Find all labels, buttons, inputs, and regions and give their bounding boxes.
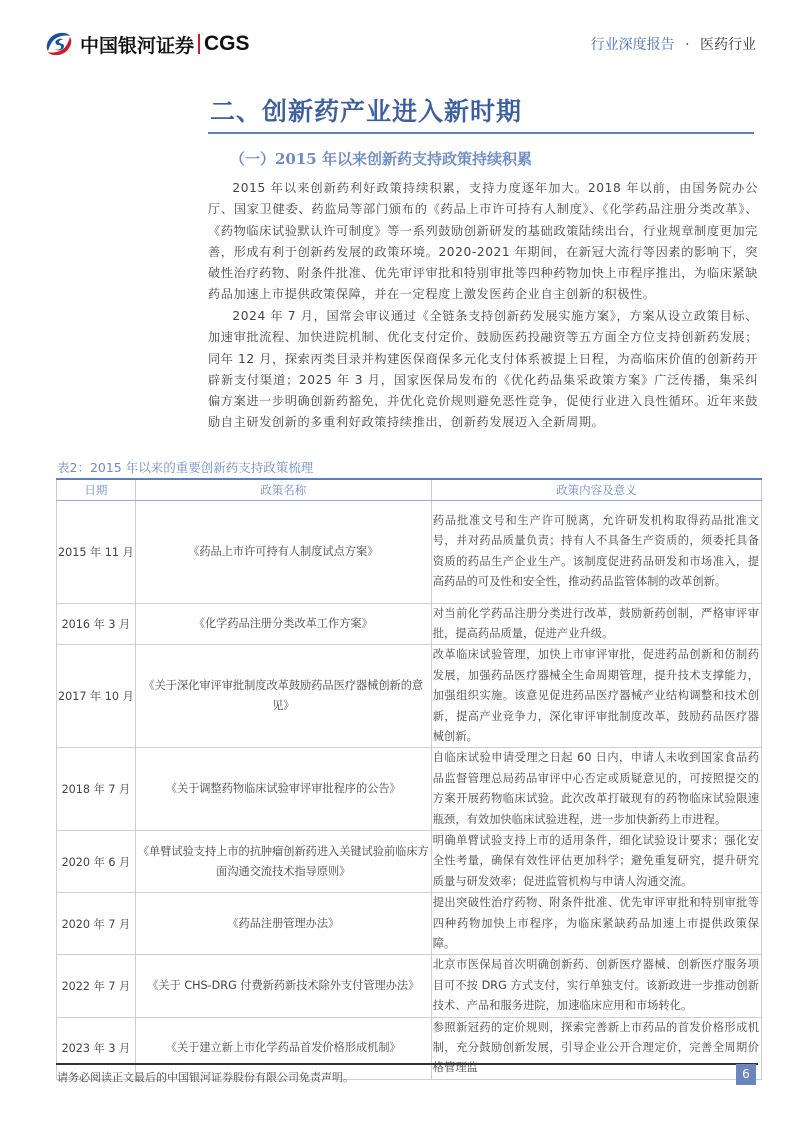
cell-date: 2016 年 3 月 [57, 603, 136, 645]
table-row: 2020 年 6 月 《单臂试验支持上市的抗肿瘤创新药进入关键试验前临床方面沟通… [57, 830, 762, 892]
table-caption: 表2：2015 年以来的重要创新药支持政策梳理 [57, 458, 313, 476]
header-separator: · [685, 37, 689, 53]
cell-policy-content: 对当前化学药品注册分类进行改革，鼓励新药创制，严格审评审批，提高药品质量，促进产… [431, 603, 761, 645]
cell-policy-name: 《单臂试验支持上市的抗肿瘤创新药进入关键试验前临床方面沟通交流技术指导原则》 [135, 830, 431, 892]
table-row: 2017 年 10 月 《关于深化审评审批制度改革鼓励药品医疗器械创新的意见》 … [57, 645, 762, 748]
cell-date: 2017 年 10 月 [57, 645, 136, 748]
paragraph-2: 2024 年 7 月，国常会审议通过《全链条支持创新药发展实施方案》，方案从设立… [208, 306, 758, 434]
cell-policy-content: 参照新冠药的定价规则，探索完善新上市药品的首发价格形成机制，充分鼓励创新发展，引… [431, 1017, 761, 1079]
cell-date: 2018 年 7 月 [57, 748, 136, 831]
report-category: 行业深度报告 · 医药行业 [591, 34, 756, 54]
cell-policy-name: 《关于调整药物临床试验审评审批程序的公告》 [135, 748, 431, 831]
header-policy-name: 政策名称 [135, 479, 431, 500]
cell-policy-content: 自临床试验申请受理之日起 60 日内，申请人未收到国家食品药品监督管理总局药品审… [431, 748, 761, 831]
header-date: 日期 [57, 479, 136, 500]
industry-label: 医药行业 [700, 37, 756, 53]
table-row: 2022 年 7 月 《关于 CHS-DRG 付费新药新技术除外支付管理办法》 … [57, 955, 762, 1017]
cell-date: 2022 年 7 月 [57, 955, 136, 1017]
footer-disclaimer: 请务必阅读正文最后的中国银河证券股份有限公司免责声明。 [57, 1069, 354, 1085]
cell-policy-content: 药品批准文号和生产许可脱离，允许研发机构取得药品批准文号，并对药品质量负责；持有… [431, 500, 761, 603]
cgs-logo-icon [44, 31, 74, 57]
cell-policy-content: 改革临床试验管理，加快上市审评审批，促进药品创新和仿制药发展，加强药品医疗器械全… [431, 645, 761, 748]
table-row: 2018 年 7 月 《关于调整药物临床试验审评审批程序的公告》 自临床试验申请… [57, 748, 762, 831]
cell-policy-content: 明确单臂试验支持上市的适用条件，细化试验设计要求；强化安全性考量，确保有效性评估… [431, 830, 761, 892]
logo-chinese-name: 中国银河证券 [80, 31, 194, 58]
report-type: 行业深度报告 [591, 37, 675, 53]
policy-table: 日期 政策名称 政策内容及意义 2015 年 11 月 《药品上市许可持有人制度… [56, 478, 762, 1080]
section-title-divider [208, 132, 754, 134]
table-row: 2016 年 3 月 《化学药品注册分类改革工作方案》 对当前化学药品注册分类进… [57, 603, 762, 645]
cell-policy-name: 《药品上市许可持有人制度试点方案》 [135, 500, 431, 603]
cell-policy-name: 《关于 CHS-DRG 付费新药新技术除外支付管理办法》 [135, 955, 431, 1017]
cell-policy-name: 《药品注册管理办法》 [135, 893, 431, 955]
logo-separator [198, 34, 200, 54]
cell-date: 2020 年 7 月 [57, 893, 136, 955]
cell-date: 2020 年 6 月 [57, 830, 136, 892]
table-row: 2020 年 7 月 《药品注册管理办法》 提出突破性治疗药物、附条件批准、优先… [57, 893, 762, 955]
cell-date: 2015 年 11 月 [57, 500, 136, 603]
cell-policy-content: 提出突破性治疗药物、附条件批准、优先审评审批和特别审批等四种药物加快上市程序，为… [431, 893, 761, 955]
cell-policy-content: 北京市医保局首次明确创新药、创新医疗器械、创新医疗服务项目可不按 DRG 方式支… [431, 955, 761, 1017]
table-header-row: 日期 政策名称 政策内容及意义 [57, 479, 762, 500]
logo-english-name: CGS [204, 32, 250, 56]
paragraph-1: 2015 年以来创新药利好政策持续积累，支持力度逐年加大。2018 年以前，由国… [208, 178, 758, 306]
company-logo: 中国银河证券 CGS [44, 30, 250, 58]
cell-policy-name: 《关于深化审评审批制度改革鼓励药品医疗器械创新的意见》 [135, 645, 431, 748]
cell-policy-name: 《化学药品注册分类改革工作方案》 [135, 603, 431, 645]
footer-divider [56, 1063, 758, 1065]
page-header: 中国银河证券 CGS 行业深度报告 · 医药行业 [0, 0, 794, 70]
section-title: 二、创新药产业进入新时期 [210, 92, 522, 128]
page-number: 6 [736, 1064, 756, 1085]
subsection-title: （一）2015 年以来创新药支持政策持续积累 [230, 148, 532, 169]
table-row: 2015 年 11 月 《药品上市许可持有人制度试点方案》 药品批准文号和生产许… [57, 500, 762, 603]
header-policy-content: 政策内容及意义 [431, 479, 761, 500]
